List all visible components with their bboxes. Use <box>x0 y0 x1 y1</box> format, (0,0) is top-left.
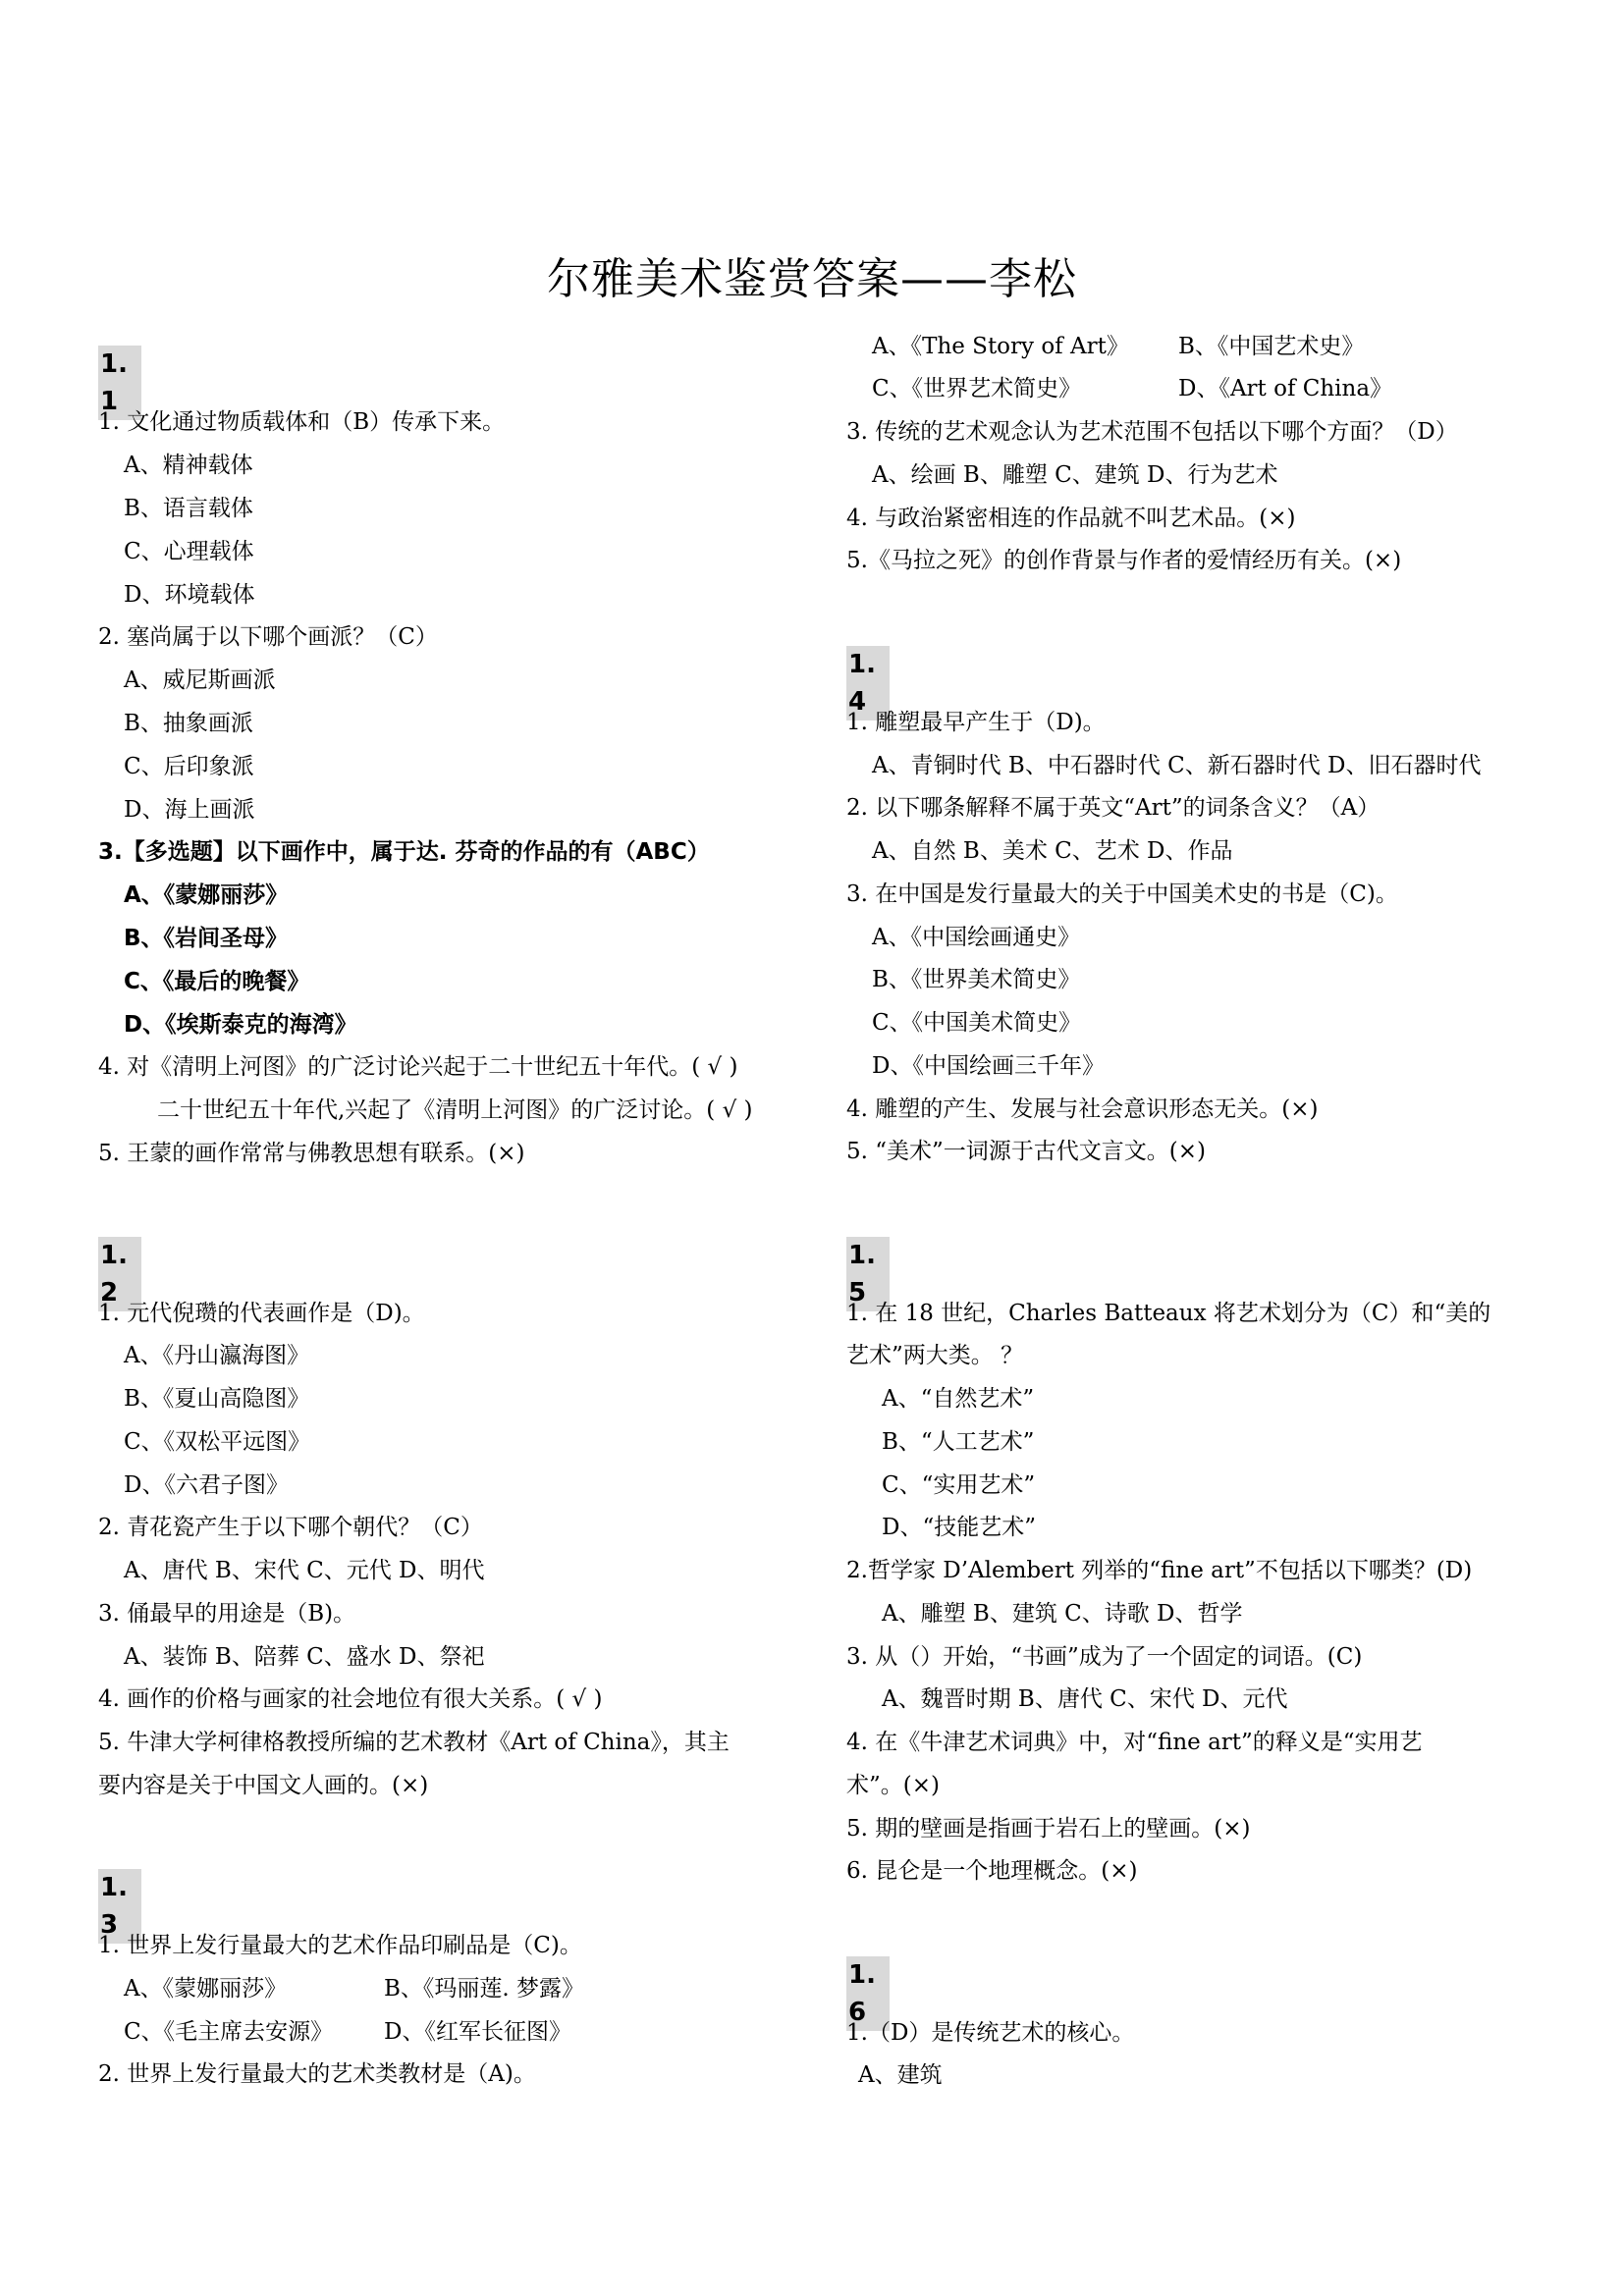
question-text: 1. 雕塑最早产生于（D)。 <box>846 708 1106 737</box>
question-text: 6. 昆仑是一个地理概念。(×) <box>846 1856 1137 1886</box>
question-text: 5.《马拉之死》的创作背景与作者的爱情经历有关。(×) <box>846 546 1401 575</box>
question-text: 2. 青花瓷产生于以下哪个朝代？（C） <box>98 1513 483 1542</box>
option-text: C、心理载体 <box>98 537 254 566</box>
option-text: C、《最后的晚餐》 <box>98 967 309 996</box>
question-text: 3. 俑最早的用途是（B)。 <box>98 1599 355 1629</box>
option-text: A、装饰 B、陪葬 C、盛水 D、祭祀 <box>98 1642 484 1672</box>
option-text: D、《中国绘画三千年》 <box>846 1051 1105 1081</box>
question-text: 1.（D）是传统艺术的核心。 <box>846 2018 1134 2048</box>
option-text: A、雕塑 B、建筑 C、诗歌 D、哲学 <box>846 1599 1242 1629</box>
question-text: 3. 从（）开始，“书画”成为了一个固定的词语。(C) <box>846 1642 1362 1672</box>
option-text: D、《红军长征图》 <box>384 2019 571 2045</box>
question-text: 3.【多选题】以下画作中，属于达. 芬奇的作品的有（ABC） <box>98 837 710 867</box>
option-text: C、《毛主席去安源》 <box>124 2017 384 2047</box>
option-text: B、“人工艺术” <box>846 1427 1034 1457</box>
question-text: 4. 画作的价格与画家的社会地位有很大关系。( √ ) <box>98 1684 602 1714</box>
option-text: D、《Art of China》 <box>1178 376 1392 401</box>
option-text: A、“自然艺术” <box>846 1384 1034 1414</box>
option-row: C、《毛主席去安源》D、《红军长征图》 <box>98 2017 571 2047</box>
option-text: B、抽象画派 <box>98 709 253 738</box>
option-text: D、海上画派 <box>98 795 254 825</box>
option-text: B、《夏山高隐图》 <box>98 1384 309 1414</box>
question-text: 2. 世界上发行量最大的艺术类教材是（A)。 <box>98 2059 536 2089</box>
option-text: C、《中国美术简史》 <box>846 1008 1081 1038</box>
question-text: 2. 以下哪条解释不属于英文“Art”的词条含义？（A） <box>846 793 1380 823</box>
document-title: 尔雅美术鉴赏答案——李松 <box>0 243 1624 306</box>
option-text: D、环境载体 <box>98 580 254 610</box>
question-text: 4. 对《清明上河图》的广泛讨论兴起于二十世纪五十年代。( √ ) <box>98 1052 737 1082</box>
option-text: D、《埃斯泰克的海湾》 <box>98 1010 357 1040</box>
question-text: 1. 文化通过物质载体和（B）传承下来。 <box>98 407 505 437</box>
option-text: A、青铜时代 B、中石器时代 C、新石器时代 D、旧石器时代 <box>846 751 1481 780</box>
question-text: 要内容是关于中国文人画的。(×) <box>98 1771 428 1800</box>
option-text: A、精神载体 <box>98 451 253 480</box>
question-text: 4. 与政治紧密相连的作品就不叫艺术品。(×) <box>846 504 1295 533</box>
option-text: A、唐代 B、宋代 C、元代 D、明代 <box>98 1556 484 1585</box>
question-text: 2.哲学家 D’Alembert 列举的“fine art”不包括以下哪类？(D… <box>846 1556 1472 1585</box>
question-text: 二十世纪五十年代,兴起了《清明上河图》的广泛讨论。( √ ) <box>98 1095 753 1125</box>
option-text: B、语言载体 <box>98 494 253 523</box>
option-text: A、威尼斯画派 <box>98 666 276 695</box>
option-row: C、《世界艺术简史》D、《Art of China》 <box>846 374 1392 403</box>
question-text: 3. 在中国是发行量最大的关于中国美术史的书是（C)。 <box>846 880 1398 909</box>
option-text: B、《中国艺术史》 <box>1178 334 1364 359</box>
question-text: 5. 期的壁画是指画于岩石上的壁画。(×) <box>846 1814 1250 1843</box>
question-text: 1. 在 18 世纪，Charles Batteaux 将艺术划分为（C）和“美… <box>846 1299 1490 1328</box>
question-text: 5. 王蒙的画作常常与佛教思想有联系。(×) <box>98 1139 524 1168</box>
question-text: 3. 传统的艺术观念认为艺术范围不包括以下哪个方面？（D） <box>846 417 1458 447</box>
option-text: A、绘画 B、雕塑 C、建筑 D、行为艺术 <box>846 460 1277 490</box>
option-text: B、《世界美术简史》 <box>846 965 1080 994</box>
question-text: 5. 牛津大学柯律格教授所编的艺术教材《Art of China》，其主 <box>98 1728 730 1757</box>
option-text: C、后印象派 <box>98 752 254 781</box>
option-row: A、《The Story of Art》B、《中国艺术史》 <box>846 332 1364 361</box>
option-text: A、魏晋时期 B、唐代 C、宋代 D、元代 <box>846 1684 1287 1714</box>
option-text: A、《蒙娜丽莎》 <box>98 881 288 910</box>
question-text: 4. 在《牛津艺术词典》中，对“fine art”的释义是“实用艺 <box>846 1728 1423 1757</box>
option-text: A、自然 B、美术 C、艺术 D、作品 <box>846 836 1232 866</box>
question-text: 术”。(×) <box>846 1771 940 1800</box>
option-text: D、“技能艺术” <box>846 1513 1036 1542</box>
option-text: C、《双松平远图》 <box>98 1427 310 1457</box>
question-text: 5. “美术”一词源于古代文言文。(×) <box>846 1137 1206 1166</box>
option-text: B、《玛丽莲. 梦露》 <box>384 1976 584 2002</box>
question-text: 4. 雕塑的产生、发展与社会意识形态无关。(×) <box>846 1095 1318 1124</box>
question-text: 2. 塞尚属于以下哪个画派？（C） <box>98 622 438 652</box>
option-text: D、《六君子图》 <box>98 1470 289 1500</box>
option-row: A、《蒙娜丽莎》B、《玛丽莲. 梦露》 <box>98 1974 584 2003</box>
option-text: A、建筑 <box>846 2060 943 2090</box>
option-text: B、《岩间圣母》 <box>98 924 288 953</box>
option-text: C、《世界艺术简史》 <box>872 374 1178 403</box>
question-text: 1. 世界上发行量最大的艺术作品印刷品是（C)。 <box>98 1931 582 1960</box>
question-text: 1. 元代倪瓒的代表画作是（D)。 <box>98 1299 425 1328</box>
option-text: A、《丹山瀛海图》 <box>98 1341 309 1370</box>
option-text: A、《蒙娜丽莎》 <box>124 1974 384 2003</box>
option-text: A、《The Story of Art》 <box>872 332 1178 361</box>
option-text: C、“实用艺术” <box>846 1470 1035 1500</box>
question-text: 艺术”两大类。 ？ <box>846 1341 1023 1370</box>
option-text: A、《中国绘画通史》 <box>846 923 1080 952</box>
